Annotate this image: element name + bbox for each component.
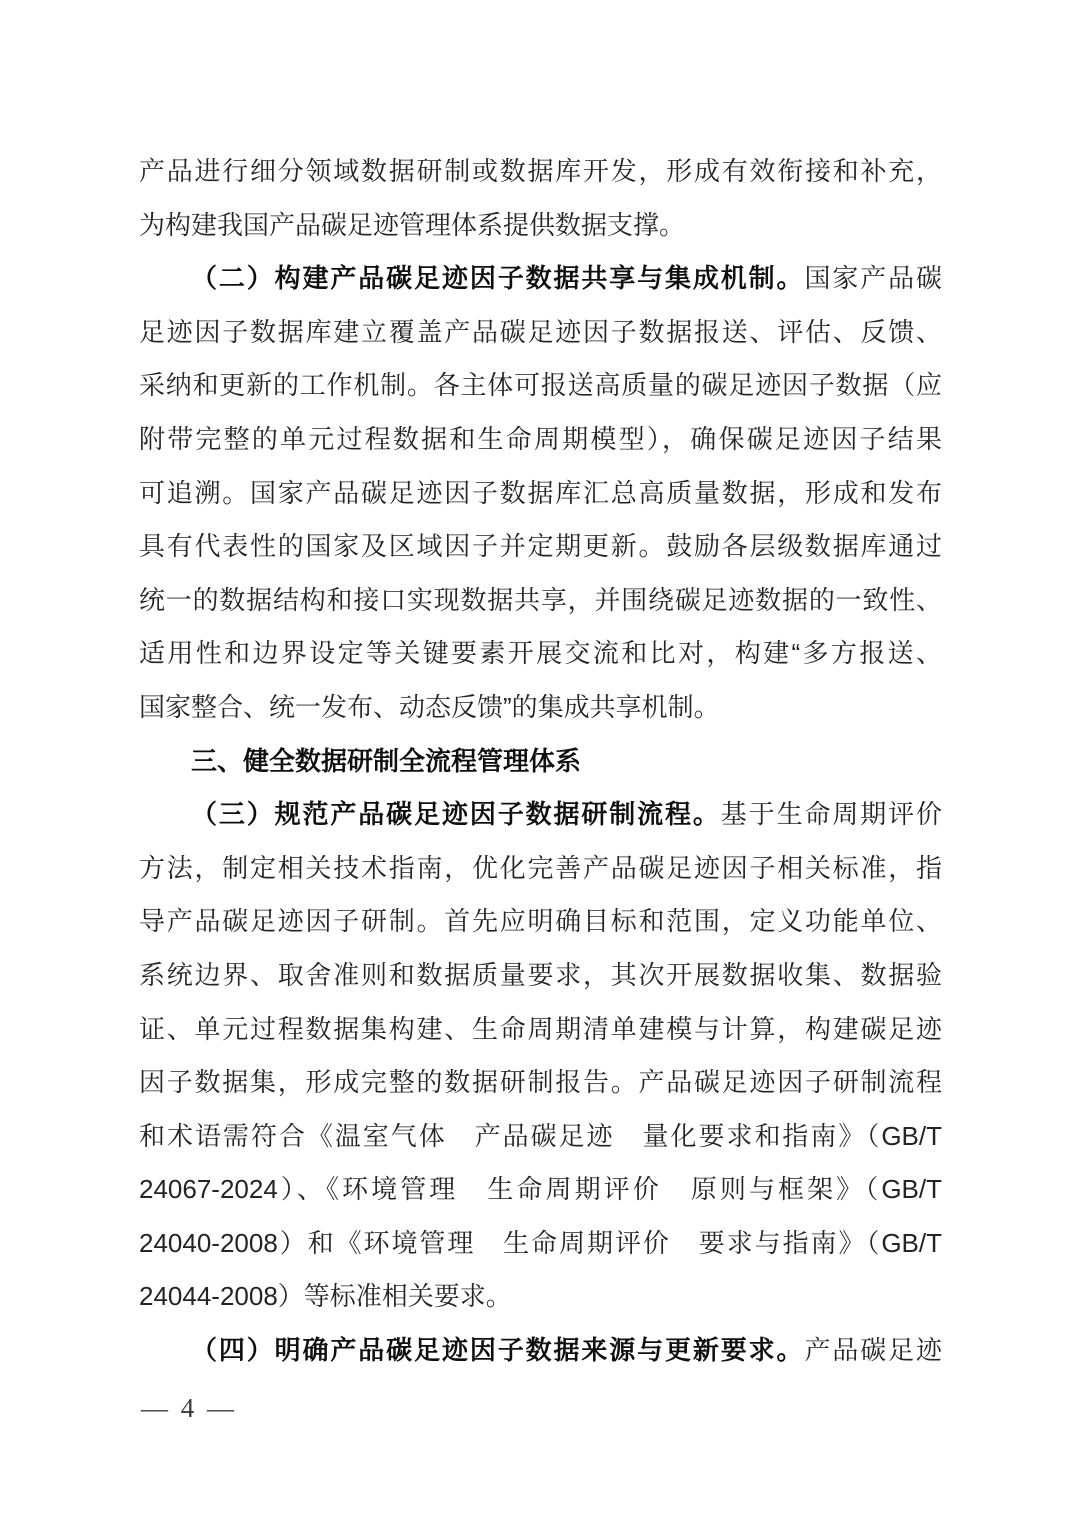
- text-line: 因子数据集，形成完整的数据研制报告。产品碳足迹因子研制流程: [139, 1056, 942, 1110]
- text-line: 统一的数据结构和接口实现数据共享，并围绕碳足迹数据的一致性、: [139, 574, 942, 628]
- body-text: 24067-2024）、《环境管理 生命周期评价 原则与框架》（GB/T: [139, 1174, 942, 1204]
- bold-lead-text: （四）明确产品碳足迹因子数据来源与更新要求。: [191, 1335, 804, 1365]
- document-page: 产品进行细分领域数据研制或数据库开发，形成有效衔接和补充，为构建我国产品碳足迹管…: [0, 0, 1080, 1527]
- body-text: 导产品碳足迹因子研制。首先应明确目标和范围，定义功能单位、: [139, 906, 942, 936]
- text-line: 国家整合、统一发布、动态反馈”的集成共享机制。: [139, 681, 942, 735]
- body-text: 产品碳足迹: [804, 1335, 942, 1365]
- body-text: 附带完整的单元过程数据和生命周期模型），确保碳足迹因子结果: [139, 424, 942, 454]
- body-text: 采纳和更新的工作机制。各主体可报送高质量的碳足迹因子数据（应: [139, 370, 942, 400]
- text-line: 可追溯。国家产品碳足迹因子数据库汇总高质量数据，形成和发布: [139, 467, 942, 521]
- document-text-block: 产品进行细分领域数据研制或数据库开发，形成有效衔接和补充，为构建我国产品碳足迹管…: [139, 145, 942, 1378]
- bold-lead-text: （二）构建产品碳足迹因子数据共享与集成机制。: [191, 263, 804, 293]
- body-text: 可追溯。国家产品碳足迹因子数据库汇总高质量数据，形成和发布: [139, 478, 942, 508]
- body-text: 足迹因子数据库建立覆盖产品碳足迹因子数据报送、评估、反馈、: [139, 317, 942, 347]
- text-line: 系统边界、取舍准则和数据质量要求，其次开展数据收集、数据验: [139, 949, 942, 1003]
- body-text: 系统边界、取舍准则和数据质量要求，其次开展数据收集、数据验: [139, 960, 942, 990]
- text-line: 为构建我国产品碳足迹管理体系提供数据支撑。: [139, 199, 942, 253]
- text-line: 和术语需符合《温室气体 产品碳足迹 量化要求和指南》（GB/T: [139, 1110, 942, 1164]
- bold-lead-text: 三、健全数据研制全流程管理体系: [191, 746, 581, 776]
- text-line: （三）规范产品碳足迹因子数据研制流程。基于生命周期评价: [139, 788, 942, 842]
- text-line: 足迹因子数据库建立覆盖产品碳足迹因子数据报送、评估、反馈、: [139, 306, 942, 360]
- text-line: 适用性和边界设定等关键要素开展交流和比对，构建“多方报送、: [139, 627, 942, 681]
- text-line: 方法，制定相关技术指南，优化完善产品碳足迹因子相关标准，指: [139, 842, 942, 896]
- body-text: 证、单元过程数据集构建、生命周期清单建模与计算，构建碳足迹: [139, 1014, 942, 1044]
- body-text: 适用性和边界设定等关键要素开展交流和比对，构建“多方报送、: [139, 638, 942, 668]
- body-text: 方法，制定相关技术指南，优化完善产品碳足迹因子相关标准，指: [139, 853, 942, 883]
- body-text: 24044-2008）等标准相关要求。: [139, 1281, 512, 1311]
- text-line: （四）明确产品碳足迹因子数据来源与更新要求。产品碳足迹: [139, 1324, 942, 1378]
- text-line: 附带完整的单元过程数据和生命周期模型），确保碳足迹因子结果: [139, 413, 942, 467]
- section-heading-line: 三、健全数据研制全流程管理体系: [139, 735, 942, 789]
- bold-lead-text: （三）规范产品碳足迹因子数据研制流程。: [191, 799, 721, 829]
- text-line: 产品进行细分领域数据研制或数据库开发，形成有效衔接和补充，: [139, 145, 942, 199]
- text-line: 24040-2008）和《环境管理 生命周期评价 要求与指南》（GB/T: [139, 1217, 942, 1271]
- text-line: 24067-2024）、《环境管理 生命周期评价 原则与框架》（GB/T: [139, 1163, 942, 1217]
- text-line: 采纳和更新的工作机制。各主体可报送高质量的碳足迹因子数据（应: [139, 359, 942, 413]
- text-line: 具有代表性的国家及区域因子并定期更新。鼓励各层级数据库通过: [139, 520, 942, 574]
- body-text: 为构建我国产品碳足迹管理体系提供数据支撑。: [139, 210, 685, 240]
- body-text: 具有代表性的国家及区域因子并定期更新。鼓励各层级数据库通过: [139, 531, 942, 561]
- text-line: （二）构建产品碳足迹因子数据共享与集成机制。国家产品碳: [139, 252, 942, 306]
- body-text: 统一的数据结构和接口实现数据共享，并围绕碳足迹数据的一致性、: [139, 585, 942, 615]
- text-line: 导产品碳足迹因子研制。首先应明确目标和范围，定义功能单位、: [139, 895, 942, 949]
- body-text: 24040-2008）和《环境管理 生命周期评价 要求与指南》（GB/T: [139, 1228, 942, 1258]
- text-line: 证、单元过程数据集构建、生命周期清单建模与计算，构建碳足迹: [139, 1003, 942, 1057]
- body-text: 因子数据集，形成完整的数据研制报告。产品碳足迹因子研制流程: [139, 1067, 942, 1097]
- body-text: 国家整合、统一发布、动态反馈”的集成共享机制。: [139, 692, 720, 722]
- body-text: 基于生命周期评价: [721, 799, 942, 829]
- page-number: — 4 —: [141, 1388, 237, 1428]
- body-text: 产品进行细分领域数据研制或数据库开发，形成有效衔接和补充，: [139, 156, 942, 186]
- body-text: 国家产品碳: [804, 263, 942, 293]
- body-text: 和术语需符合《温室气体 产品碳足迹 量化要求和指南》（GB/T: [139, 1121, 942, 1151]
- text-line: 24044-2008）等标准相关要求。: [139, 1270, 942, 1324]
